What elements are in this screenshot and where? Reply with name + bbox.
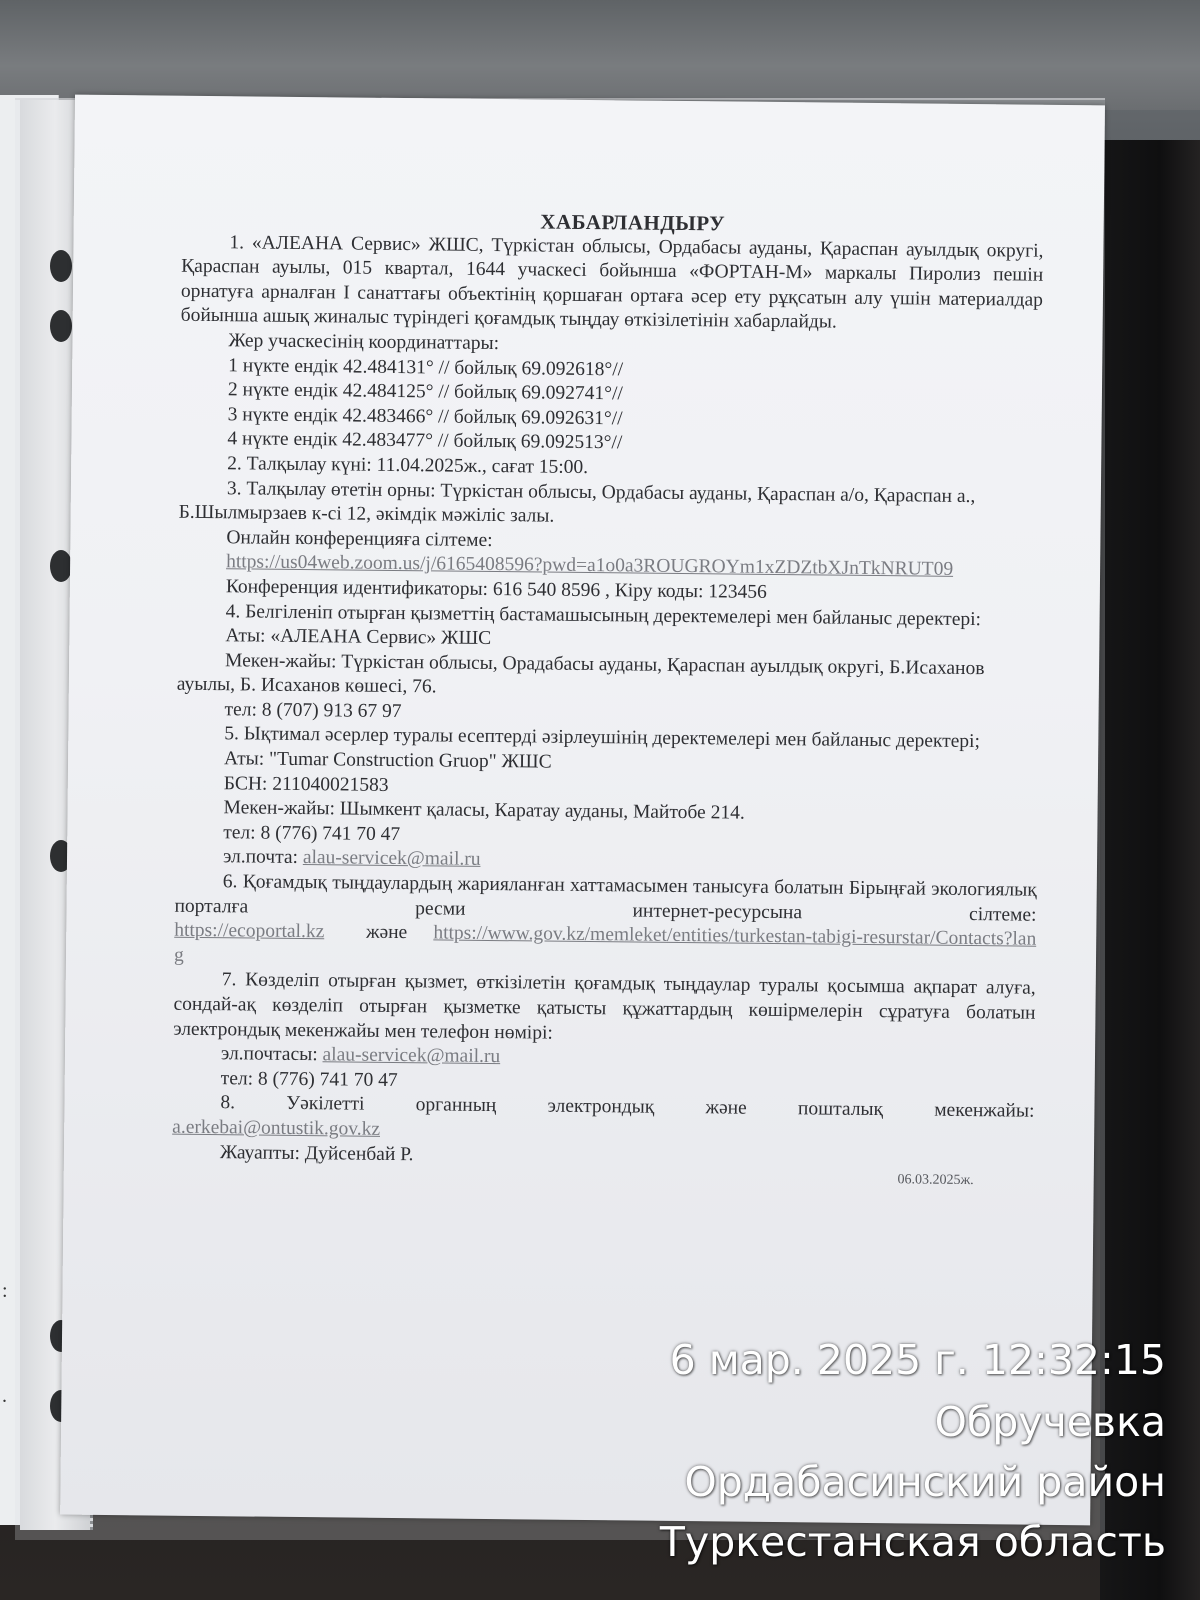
- photo-locality: Обручевка: [935, 1398, 1166, 1446]
- background-window-top: [0, 0, 1200, 110]
- item-7-email-link[interactable]: alau-servicek@mail.ru: [322, 1044, 500, 1067]
- developer-email-label: эл.почта:: [223, 847, 303, 869]
- photo-region: Туркестанская область: [660, 1518, 1166, 1566]
- punch-hole: [50, 550, 72, 582]
- item-7: 7. Көзделіп отырған қызмет, өткізілетін …: [173, 968, 1036, 1051]
- adjacent-sheet-mark: .: [2, 1385, 7, 1408]
- adjacent-sheet-mark: :: [2, 1280, 8, 1303]
- authority-email-link[interactable]: a.erkebai@ontustik.gov.kz: [172, 1117, 380, 1140]
- item-1: 1. «АЛЕАНА Сервис» ЖШС, Түркістан облысы…: [181, 230, 1044, 337]
- developer-email-link[interactable]: alau-servicek@mail.ru: [303, 847, 481, 870]
- item-6: 6. Қоғамдық тыңдаулардың жарияланған хат…: [174, 870, 1036, 928]
- item-6-and: және: [366, 922, 407, 943]
- item-3-location: 3. Талқылау өтетін орны: Түркістан облыс…: [179, 476, 1041, 534]
- notice-paper: ХАБАРЛАНДЫРУ 1. «АЛЕАНА Сервис» ЖШС, Түр…: [60, 95, 1105, 1526]
- photo-timestamp: 6 мар. 2025 г. 12:32:15: [670, 1336, 1166, 1384]
- ecoportal-link[interactable]: https://ecoportal.kz: [174, 920, 324, 943]
- item-6-links: https://ecoportal.kz және https://www.go…: [174, 919, 1036, 977]
- initiator-address: Мекен-жайы: Түркістан облысы, Орадабасы …: [177, 648, 1039, 706]
- photo-district: Ордабасинский район: [685, 1458, 1167, 1506]
- punch-hole: [50, 310, 72, 342]
- item-7-email-label: эл.почтасы:: [221, 1043, 323, 1065]
- notice-document: ХАБАРЛАНДЫРУ 1. «АЛЕАНА Сервис» ЖШС, Түр…: [172, 206, 1044, 1195]
- punch-hole: [50, 250, 72, 282]
